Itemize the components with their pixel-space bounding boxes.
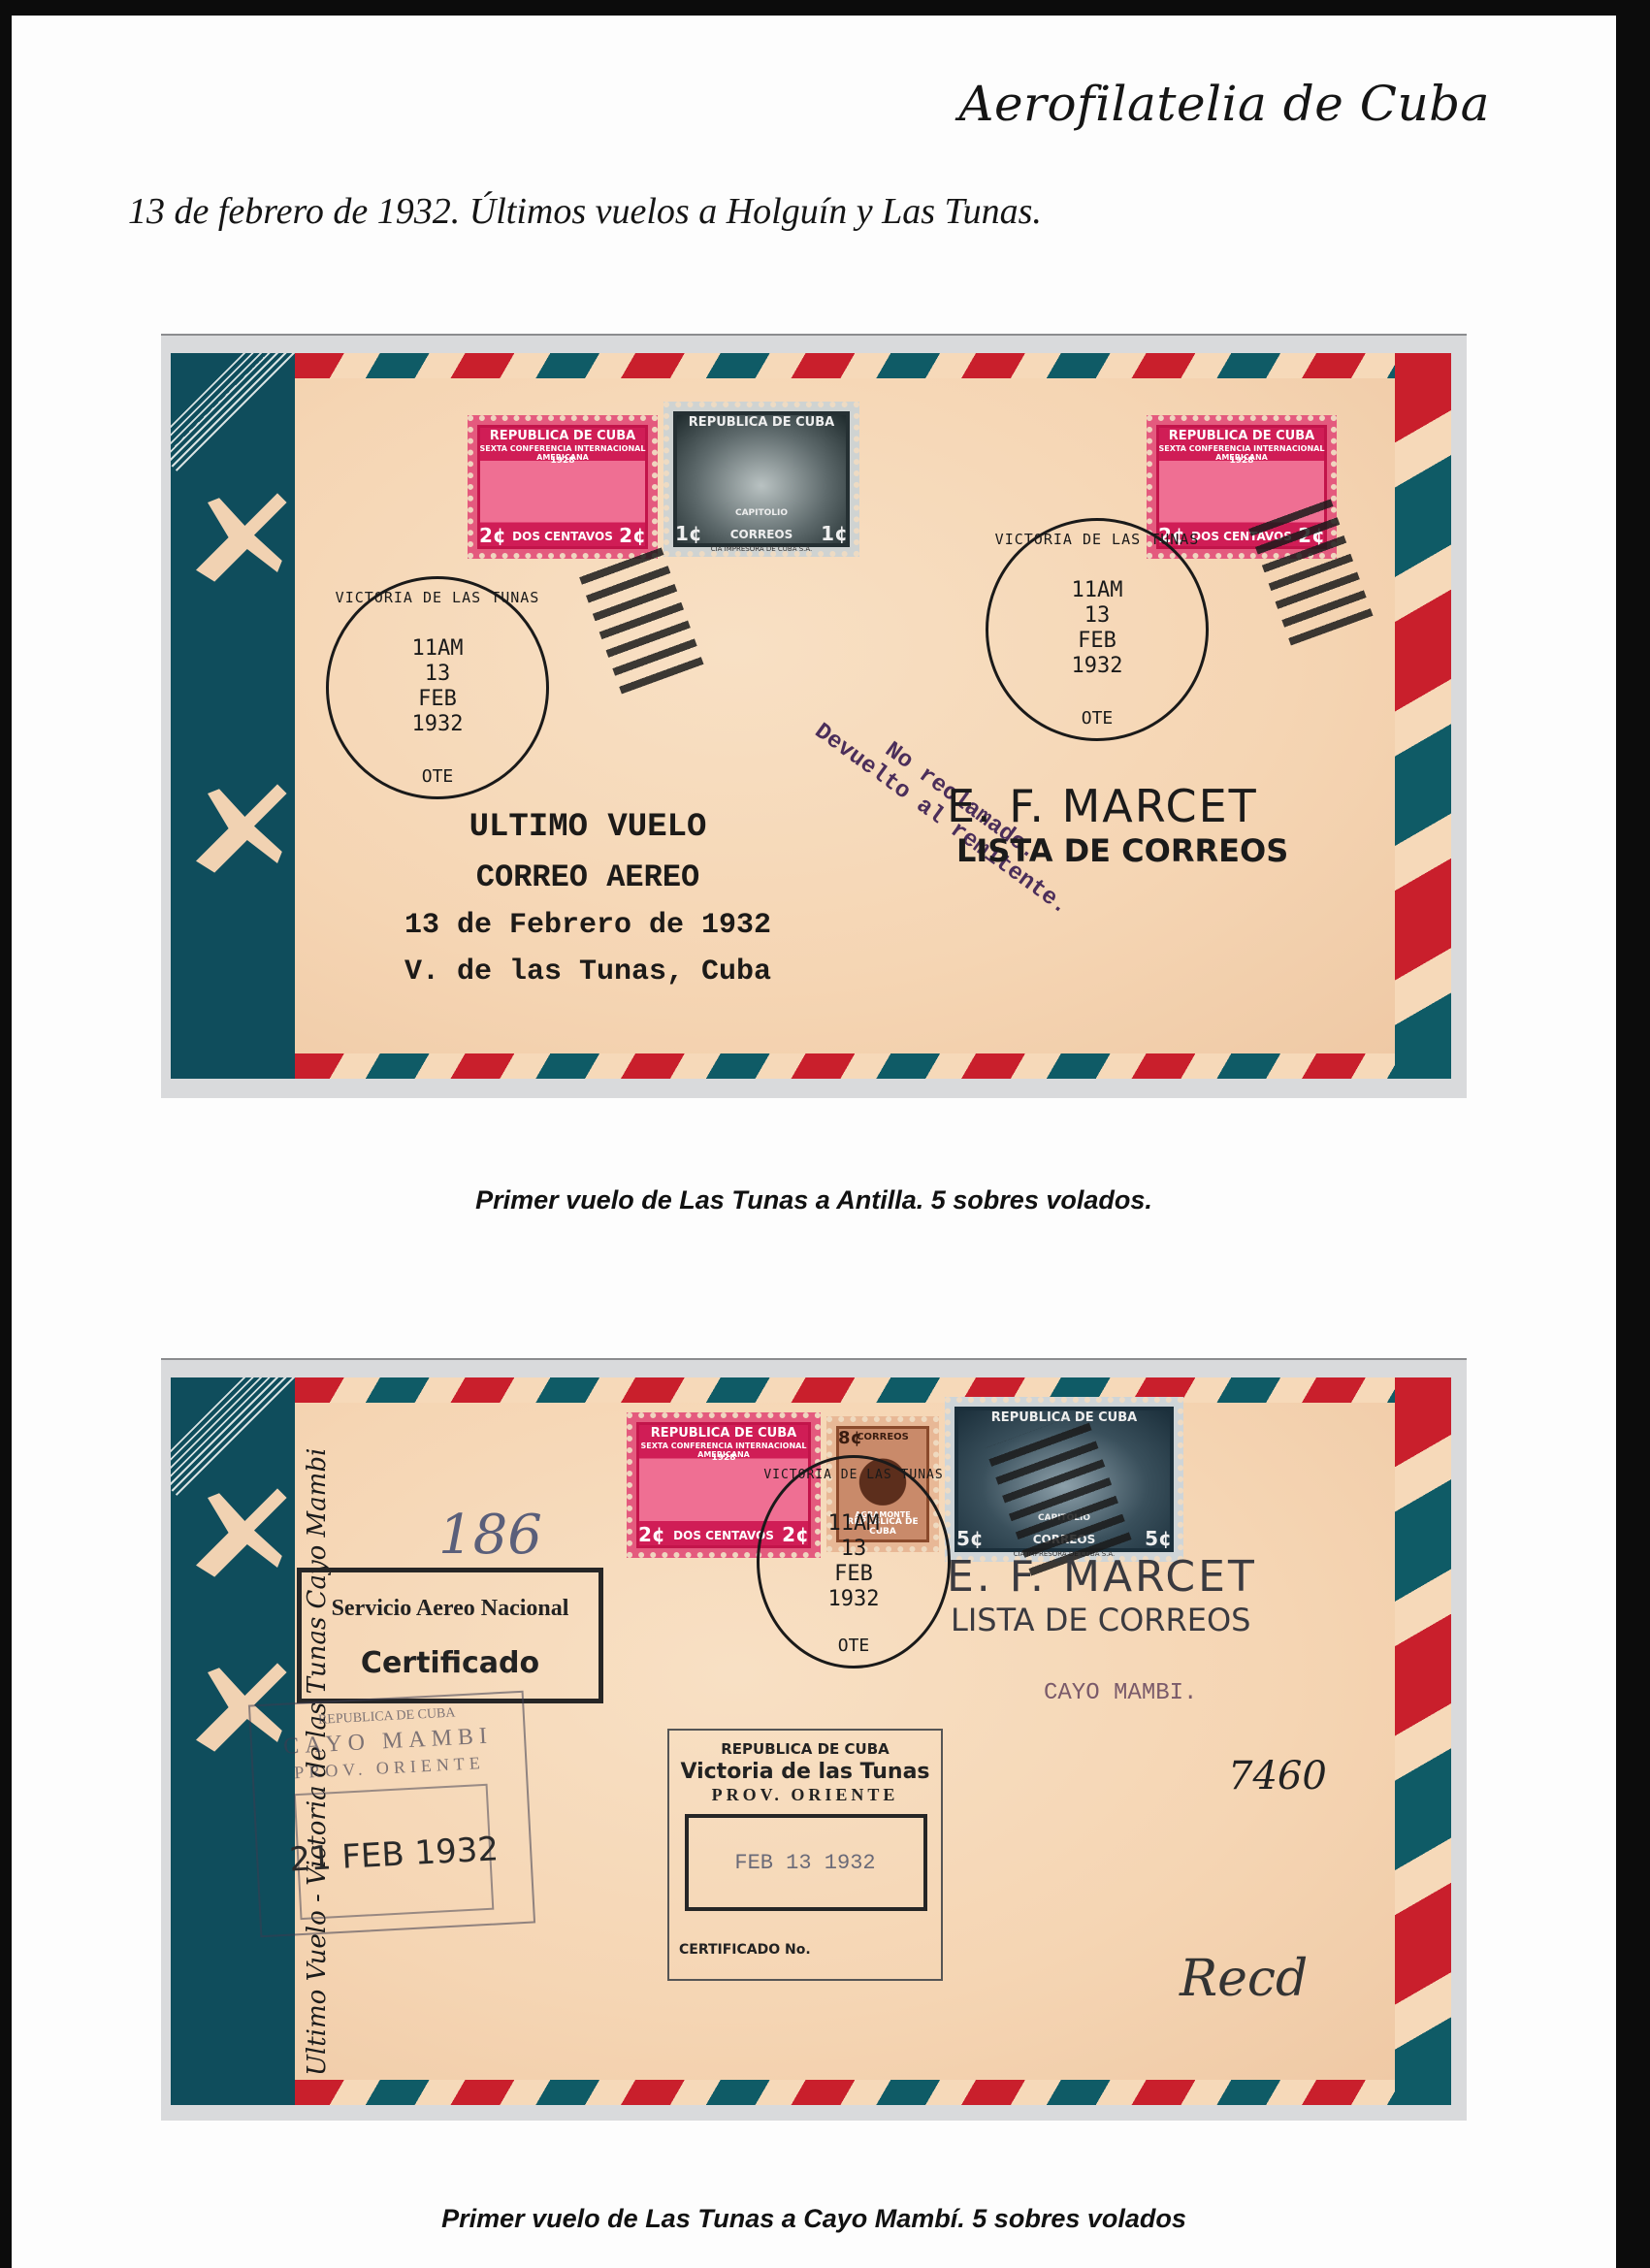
airmail-border-bottom <box>295 1053 1451 1079</box>
destination-cayo-mambi: CAYO MAMBI. <box>1044 1680 1197 1706</box>
airplane-icon <box>184 1474 301 1591</box>
receiving-stamp-cayo-mambi: REPUBLICA DE CUBA CAYO MAMBI PROV. ORIEN… <box>248 1691 535 1938</box>
addressee: E. F. MARCET LISTA DE CORREOS <box>947 1552 1257 1638</box>
album-title: Aerofilatelia de Cuba <box>958 76 1490 132</box>
registry-stamp-victoria-de-las-tunas: REPUBLICA DE CUBA Victoria de las Tunas … <box>667 1729 943 1981</box>
handwritten-number-7460: 7460 <box>1228 1754 1327 1798</box>
page-heading: 13 de febrero de 1932. Últimos vuelos a … <box>128 190 1042 233</box>
registration-box-stamp: Servicio Aereo Nacional Certificado <box>297 1568 603 1703</box>
last-flight-cachet: ULTIMO VUELO CORREO AEREO 13 de Febrero … <box>365 809 811 988</box>
cover-caption-antilla: Primer vuelo de Las Tunas a Antilla. 5 s… <box>12 1185 1616 1215</box>
cover-caption-cayo-mambi: Primer vuelo de Las Tunas a Cayo Mambí. … <box>12 2204 1616 2234</box>
airplane-icon <box>184 770 301 887</box>
airmail-border-top <box>295 1377 1451 1403</box>
airmail-cover-cayo-mambi: Ultimo Vuelo - Victoria de las Tunas Cay… <box>171 1377 1451 2105</box>
airmail-border-bottom <box>295 2080 1451 2105</box>
stamp-2c-conference: REPUBLICA DE CUBA SEXTA CONFERENCIA INTE… <box>468 415 658 559</box>
addressee: E. F. MARCET LISTA DE CORREOS <box>947 780 1288 869</box>
album-page: Aerofilatelia de Cuba 13 de febrero de 1… <box>12 16 1616 2268</box>
airplane-icon <box>184 479 301 596</box>
handwritten-number-186: 186 <box>438 1504 542 1567</box>
airmail-cover-antilla: REPUBLICA DE CUBA SEXTA CONFERENCIA INTE… <box>171 353 1451 1079</box>
handwritten-recd: Recd <box>1180 1950 1308 2008</box>
airmail-left-band <box>171 353 295 1079</box>
postmark-victoria-de-las-tunas: VICTORIA DE LAS TUNAS 11AM 13 FEB 1932 O… <box>757 1455 951 1669</box>
airmail-border-top <box>295 353 1451 378</box>
airmail-border-right <box>1395 1377 1451 2105</box>
stamp-1c-capitolio: REPUBLICA DE CUBA CAPITOLIO 1¢ 1¢ CORREO… <box>663 402 859 557</box>
postmark-victoria-de-las-tunas: VICTORIA DE LAS TUNAS 11AM 13 FEB 1932 O… <box>326 576 549 799</box>
airmail-border-right <box>1395 353 1451 1079</box>
postmark-victoria-de-las-tunas: VICTORIA DE LAS TUNAS 11AM 13 FEB 1932 O… <box>986 518 1209 741</box>
